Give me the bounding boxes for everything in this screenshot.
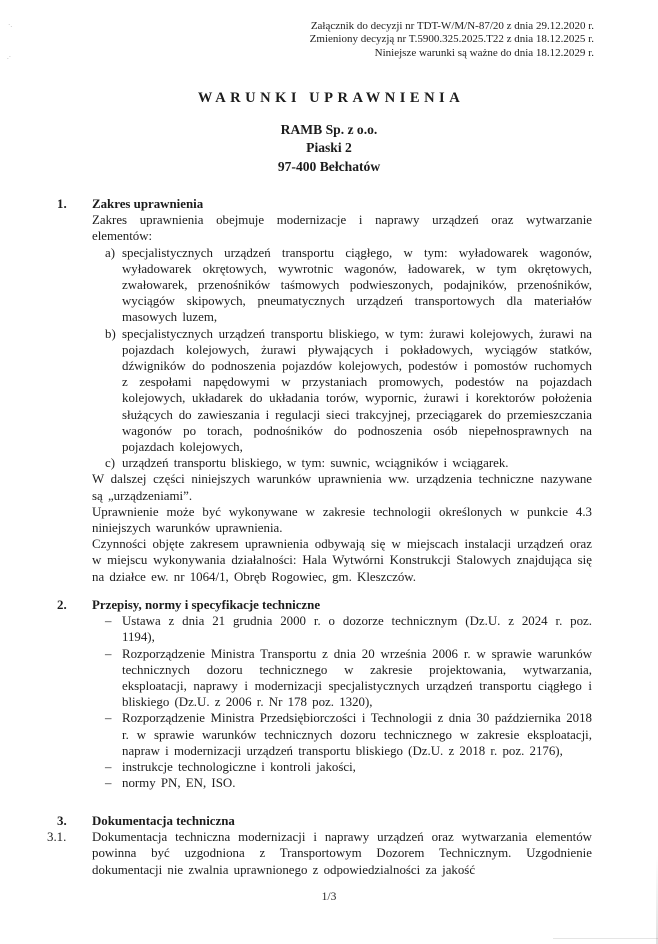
dash-item-2: – Rozporządzenie Ministra Transportu z d… xyxy=(92,646,592,711)
decision-header: Załącznik do decyzji nr TDT-W/M/N-87/20 … xyxy=(310,20,594,60)
list-item-c: c) urządzeń transportu bliskiego, w tym:… xyxy=(92,455,592,471)
section-zakres-uprawnienia: 1. Zakres uprawnienia Zakres uprawnienia… xyxy=(57,196,592,585)
dash-item-5-text: normy PN, EN, ISO. xyxy=(122,775,592,791)
section-3-number: 3. xyxy=(57,813,92,829)
dash-marker: – xyxy=(105,759,122,775)
scan-artifact: ·. xyxy=(8,22,12,29)
subsection-3-1-body: Dokumentacja techniczna modernizacji i n… xyxy=(92,829,592,878)
list-item-a: a) specjalistycznych urządzeń transportu… xyxy=(92,245,592,326)
section-przepisy-normy: 2. Przepisy, normy i specyfikacje techni… xyxy=(57,597,592,791)
list-marker-c: c) xyxy=(105,455,122,471)
section-dokumentacja-techniczna: 3. Dokumentacja techniczna 3.1. Dokument… xyxy=(57,813,592,878)
section-1-number: 1. xyxy=(57,196,92,212)
decision-header-line-3: Niniejsze warunki są ważne do dnia 18.12… xyxy=(310,47,594,60)
dash-marker: – xyxy=(105,646,122,711)
section-1-heading-row: 1. Zakres uprawnienia xyxy=(57,196,592,212)
dash-item-5: – normy PN, EN, ISO. xyxy=(92,775,592,791)
section-1-paragraph-3: Uprawnienie może być wykonywane w zakres… xyxy=(92,504,592,536)
dash-marker: – xyxy=(105,775,122,791)
dash-item-4: – instrukcje technologiczne i kontroli j… xyxy=(92,759,592,775)
section-1-intro: Zakres uprawnienia obejmuje modernizacje… xyxy=(92,212,592,244)
dash-marker: – xyxy=(105,613,122,645)
decision-header-line-1: Załącznik do decyzji nr TDT-W/M/N-87/20 … xyxy=(310,20,594,33)
dash-item-4-text: instrukcje technologiczne i kontroli jak… xyxy=(122,759,592,775)
company-block: RAMB Sp. z o.o. Piaski 2 97-400 Bełcható… xyxy=(0,121,658,176)
section-2-heading: Przepisy, normy i specyfikacje techniczn… xyxy=(92,597,320,613)
section-3-heading-row: 3. Dokumentacja techniczna xyxy=(57,813,592,829)
section-1-body-row: Zakres uprawnienia obejmuje modernizacje… xyxy=(57,212,592,585)
section-1-gutter xyxy=(57,212,92,585)
list-item-b: b) specjalistycznych urządzeń transportu… xyxy=(92,326,592,456)
document-title: WARUNKI UPRAWNIENIA xyxy=(0,90,658,107)
dash-marker: – xyxy=(105,710,122,759)
section-2-body-row: – Ustawa z dnia 21 grudnia 2000 r. o doz… xyxy=(57,613,592,791)
scan-edge xyxy=(553,938,658,939)
dash-item-1-text: Ustawa z dnia 21 grudnia 2000 r. o dozor… xyxy=(122,613,592,645)
list-item-b-text: specjalistycznych urządzeń transportu bl… xyxy=(122,326,592,456)
list-item-a-text: specjalistycznych urządzeń transportu ci… xyxy=(122,245,592,326)
section-2-heading-row: 2. Przepisy, normy i specyfikacje techni… xyxy=(57,597,592,613)
dash-item-3: – Rozporządzenie Ministra Przedsiębiorcz… xyxy=(92,710,592,759)
dash-item-2-text: Rozporządzenie Ministra Transportu z dni… xyxy=(122,646,592,711)
subsection-3-1-row: 3.1. Dokumentacja techniczna modernizacj… xyxy=(57,829,592,878)
list-marker-b: b) xyxy=(105,326,122,456)
scan-artifact: .· xyxy=(7,54,11,61)
subsection-3-1-text: Dokumentacja techniczna modernizacji i n… xyxy=(92,829,592,878)
section-2-number: 2. xyxy=(57,597,92,613)
section-3-heading: Dokumentacja techniczna xyxy=(92,813,235,829)
company-city: 97-400 Bełchatów xyxy=(0,158,658,176)
company-name: RAMB Sp. z o.o. xyxy=(0,121,658,139)
page-number: 1/3 xyxy=(0,891,658,903)
section-1-paragraph-4: Czynności objęte zakresem uprawnienia od… xyxy=(92,536,592,585)
dash-item-3-text: Rozporządzenie Ministra Przedsiębiorczoś… xyxy=(122,710,592,759)
list-marker-a: a) xyxy=(105,245,122,326)
section-2-body: – Ustawa z dnia 21 grudnia 2000 r. o doz… xyxy=(92,613,592,791)
subsection-3-1-number: 3.1. xyxy=(47,829,92,878)
decision-header-line-2: Zmieniony decyzją nr T.5900.325.2025.T22… xyxy=(310,33,594,46)
list-item-c-text: urządzeń transportu bliskiego, w tym: su… xyxy=(122,455,592,471)
section-1-paragraph-2: W dalszej części niniejszych warunków up… xyxy=(92,471,592,503)
dash-item-1: – Ustawa z dnia 21 grudnia 2000 r. o doz… xyxy=(92,613,592,645)
section-2-gutter xyxy=(57,613,92,791)
company-street: Piaski 2 xyxy=(0,139,658,157)
document-page: ·. .· Załącznik do decyzji nr TDT-W/M/N-… xyxy=(0,0,658,944)
section-1-heading: Zakres uprawnienia xyxy=(92,196,203,212)
section-1-body: Zakres uprawnienia obejmuje modernizacje… xyxy=(92,212,592,585)
